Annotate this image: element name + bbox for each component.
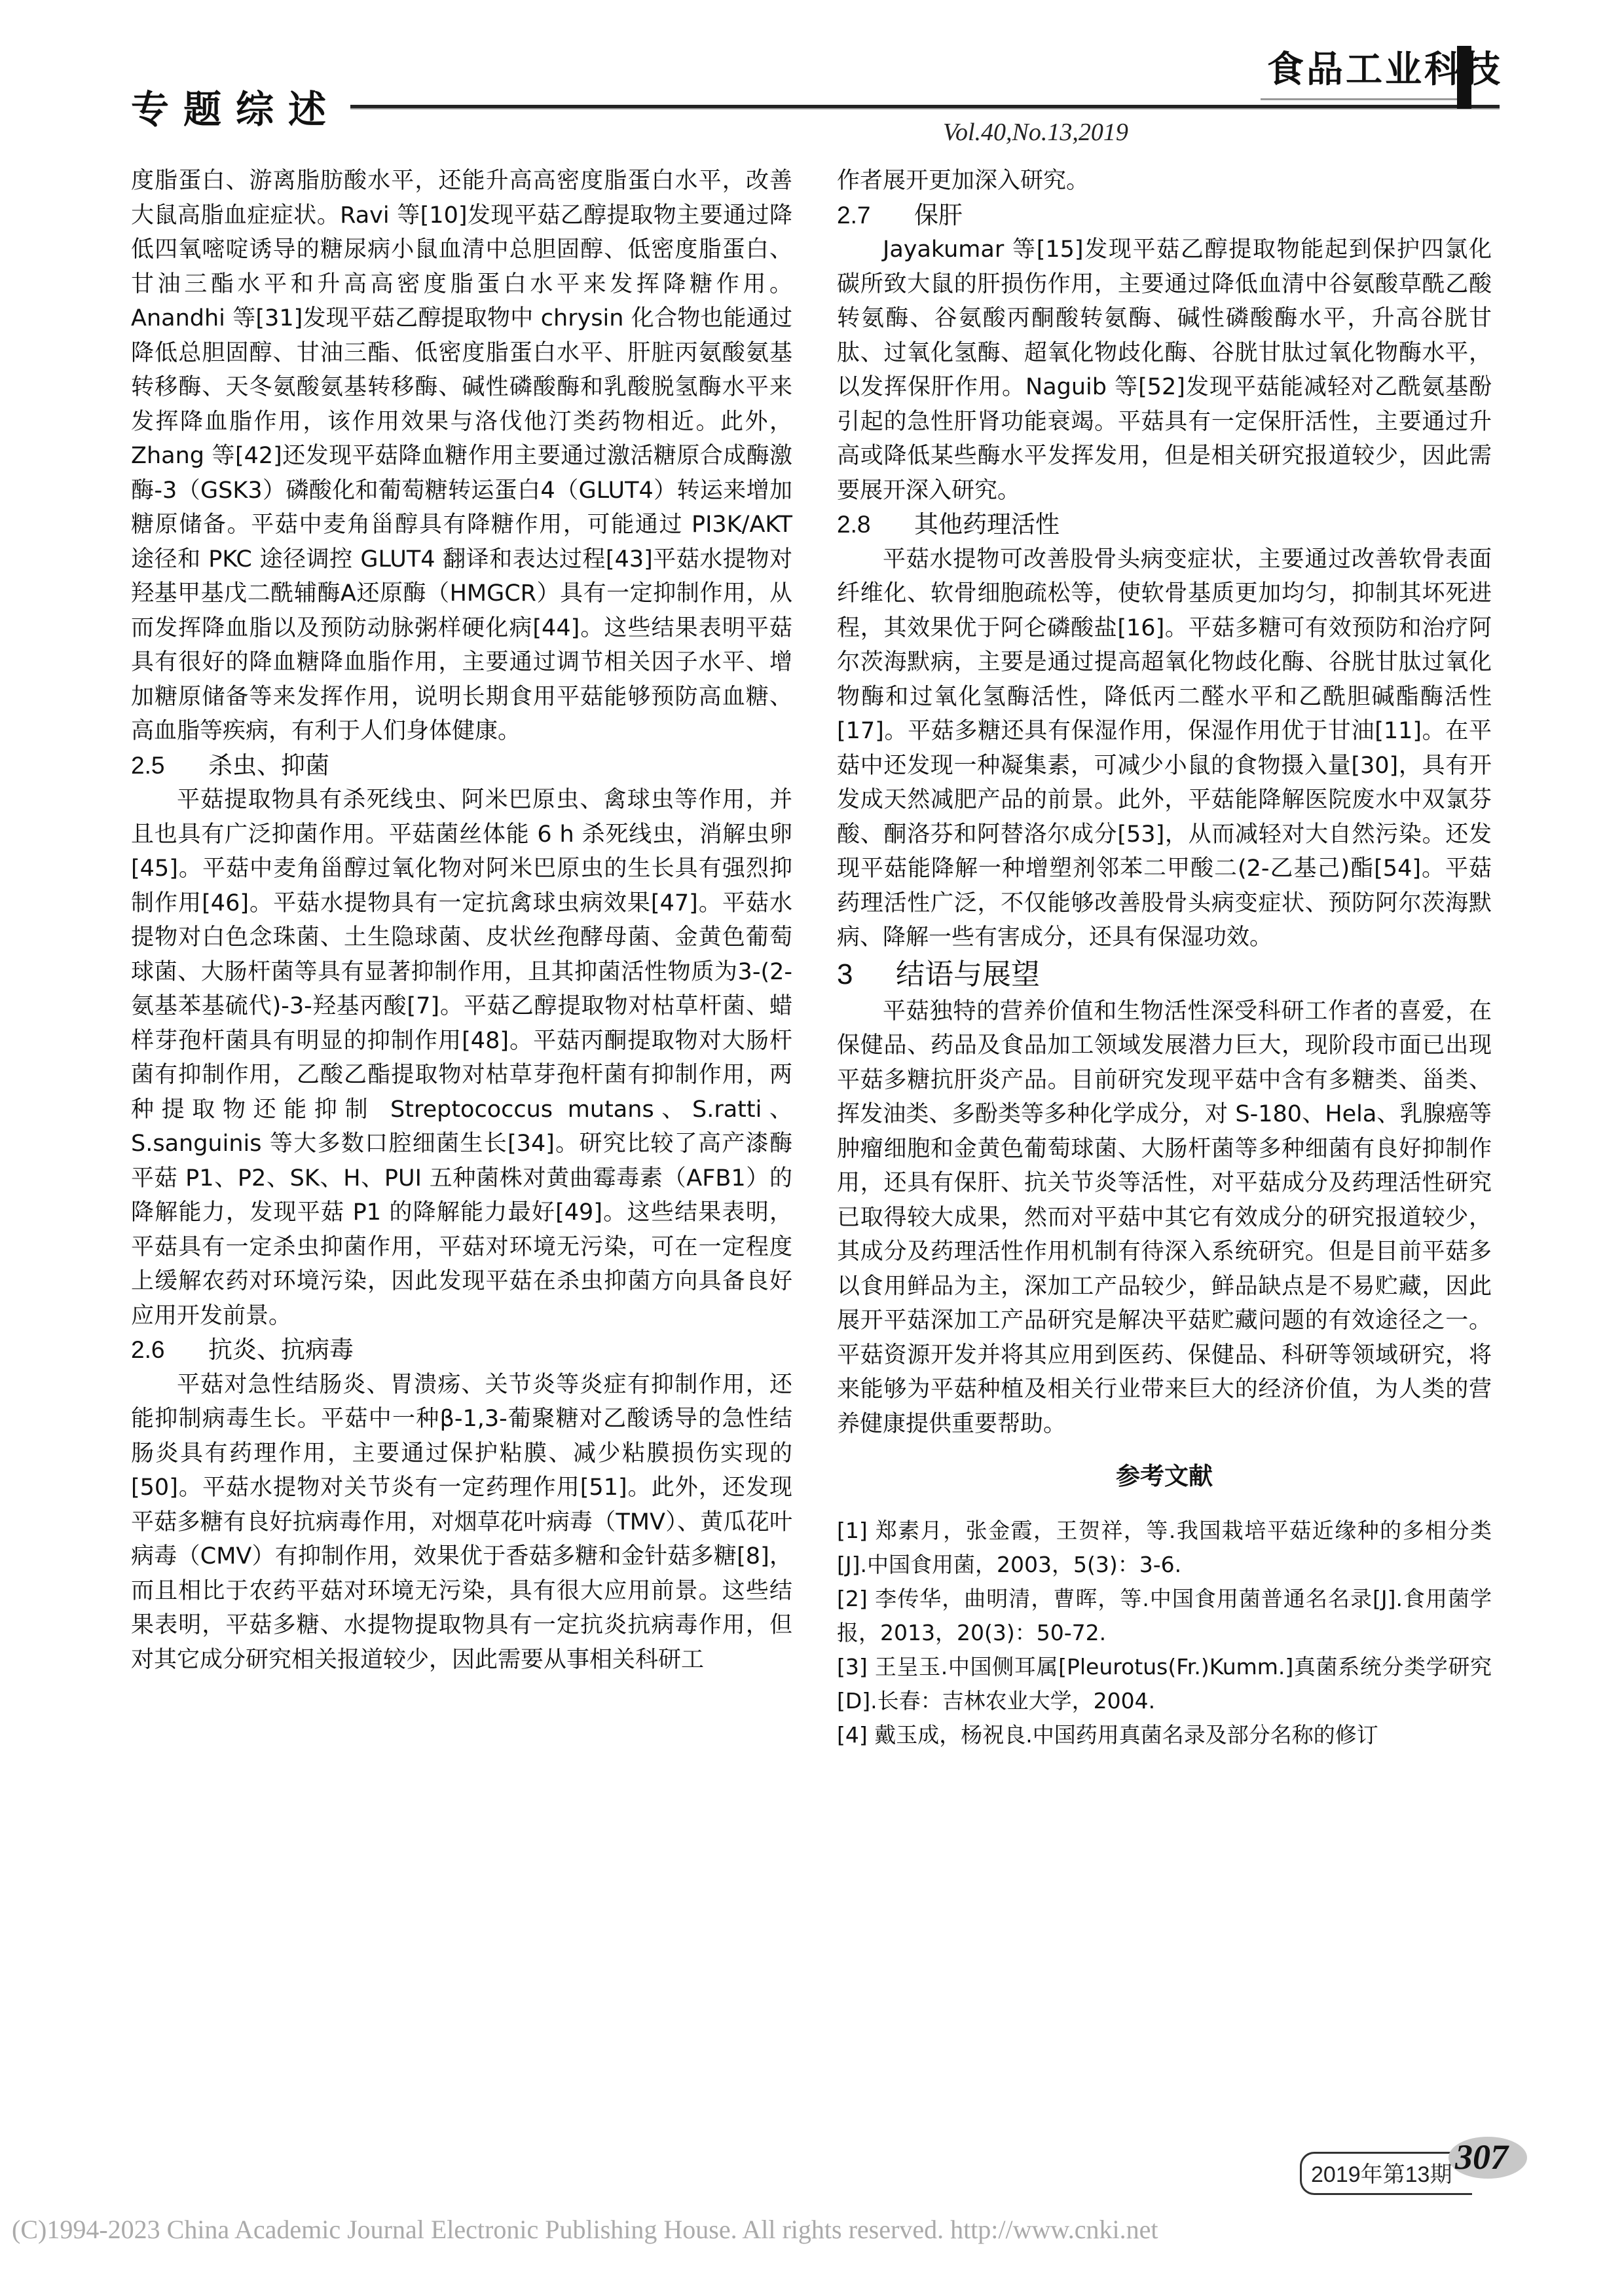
- references-title: 参考文献: [837, 1459, 1492, 1494]
- section-title: 结语与展望: [896, 958, 1040, 990]
- section-title: 杀虫、抑菌: [208, 752, 329, 779]
- header-rule-shadow: [350, 108, 1500, 109]
- volume-info: Vol.40,No.13,2019: [943, 118, 1128, 147]
- right-column: 作者展开更加深入研究。 2.7保肝 Jayakumar 等[15]发现平菇乙醇提…: [837, 164, 1492, 1752]
- paragraph-2-8: 平菇水提物可改善股骨头病变症状，主要通过改善软骨表面纤维化、软骨细胞疏松等，使软…: [837, 542, 1492, 955]
- section-heading-3: 3结语与展望: [837, 955, 1492, 994]
- reference-item: [3] 王呈玉.中国侧耳属[Pleurotus(Fr.)Kumm.]真菌系统分类…: [837, 1650, 1492, 1718]
- section-title: 保肝: [914, 202, 963, 229]
- section-number: 3: [837, 955, 896, 994]
- section-heading-2-7: 2.7保肝: [837, 198, 1492, 233]
- section-number: 2.7: [837, 198, 914, 233]
- section-heading-2-6: 2.6抗炎、抗病毒: [131, 1333, 792, 1368]
- paragraph-2-6-continued: 作者展开更加深入研究。: [837, 164, 1492, 198]
- journal-underline: [1261, 98, 1457, 100]
- journal-bar: [1457, 46, 1471, 109]
- section-number: 2.5: [131, 749, 208, 783]
- copyright-notice: (C)1994-2023 China Academic Journal Elec…: [12, 2214, 1158, 2245]
- reference-item: [4] 戴玉成，杨祝良.中国药用真菌名录及部分名称的修订: [837, 1718, 1492, 1752]
- reference-item: [1] 郑素月，张金霞，王贺祥，等.我国栽培平菇近缘种的多相分类[J].中国食用…: [837, 1514, 1492, 1582]
- section-number: 2.8: [837, 508, 914, 542]
- references-list: [1] 郑素月，张金霞，王贺祥，等.我国栽培平菇近缘种的多相分类[J].中国食用…: [837, 1514, 1492, 1752]
- paragraph-3: 平菇独特的营养价值和生物活性深受科研工作者的喜爱，在保健品、药品及食品加工领域发…: [837, 994, 1492, 1442]
- section-heading-2-8: 2.8其他药理活性: [837, 508, 1492, 542]
- paragraph-2-5: 平菇提取物具有杀死线虫、阿米巴原虫、禽球虫等作用，并且也具有广泛抑菌作用。平菇菌…: [131, 783, 792, 1333]
- section-label: 专题综述: [131, 79, 341, 134]
- paragraph-2-7: Jayakumar 等[15]发现平菇乙醇提取物能起到保护四氯化碳所致大鼠的肝损…: [837, 233, 1492, 508]
- section-number: 2.6: [131, 1333, 208, 1368]
- left-column: 度脂蛋白、游离脂肪酸水平，还能升高高密度脂蛋白水平，改善大鼠高脂血症症状。Rav…: [131, 164, 792, 1677]
- reference-item: [2] 李传华，曲明清，曹晖，等.中国食用菌普通名名录[J].食用菌学报，201…: [837, 1582, 1492, 1650]
- page-number: 307: [1455, 2137, 1508, 2177]
- issue-label: 2019年第13期: [1311, 2156, 1452, 2188]
- section-heading-2-5: 2.5杀虫、抑菌: [131, 749, 792, 783]
- paragraph-intro-continued: 度脂蛋白、游离脂肪酸水平，还能升高高密度脂蛋白水平，改善大鼠高脂血症症状。Rav…: [131, 164, 792, 749]
- section-title: 其他药理活性: [914, 511, 1060, 538]
- section-title: 抗炎、抗病毒: [208, 1336, 354, 1363]
- paragraph-2-6: 平菇对急性结肠炎、胃溃疡、关节炎等炎症有抑制作用，还能抑制病毒生长。平菇中一种β…: [131, 1368, 792, 1678]
